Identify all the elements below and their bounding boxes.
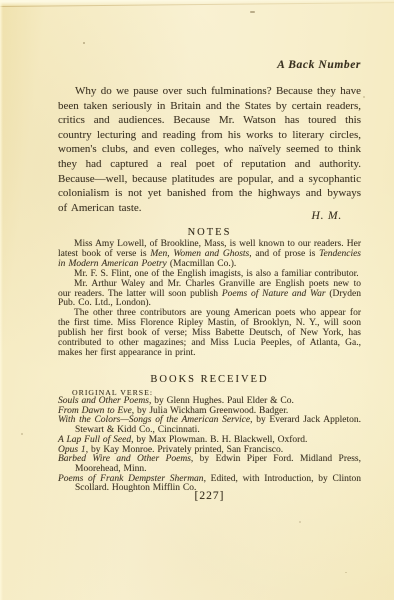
book-title-inline: Men, Women and Ghosts [150, 249, 249, 259]
scan-left-edge-highlight [0, 0, 3, 600]
book-entry: With the Colors—Songs of the American Se… [58, 416, 361, 435]
paper-speck [21, 433, 23, 435]
book-title: With the Colors—Songs of the American Se… [58, 415, 250, 425]
book-title: Barbed Wire and Other Poems [58, 454, 191, 464]
page-number: [227] [58, 490, 361, 502]
notes-section-heading: NOTES [58, 227, 361, 238]
editorial-signature: H. M. [311, 210, 342, 222]
book-entry: Barbed Wire and Other Poems, by Edwin Pi… [58, 455, 361, 474]
running-head-title: A Back Number [277, 59, 361, 71]
text-run: Mr. F. S. Flint, one of the English imag… [74, 269, 359, 279]
notes-paragraph: The other three contributors are young A… [58, 309, 361, 359]
editorial-paragraph-block: Why do we pause over such fulminations? … [58, 84, 361, 215]
book-entry-details: , by Max Plowman. B. H. Blackwell, Oxfor… [131, 435, 307, 445]
paper-speck [83, 42, 85, 44]
scanned-book-page: A Back Number Why do we pause over such … [0, 0, 394, 600]
book-title: A Lap Full of Seed [58, 435, 131, 445]
notes-paragraph: Miss Amy Lowell, of Brookline, Mass, is … [58, 240, 361, 270]
book-title: Souls and Other Poems [58, 396, 149, 406]
notes-paragraph: Mr. Arthur Waley and Mr. Charles Granvil… [58, 280, 361, 310]
books-received-heading: BOOKS RECEIVED [58, 374, 361, 385]
editorial-paragraph: Why do we pause over such fulminations? … [58, 84, 361, 215]
text-run: The other three contributors are young A… [58, 308, 361, 358]
paper-speck [299, 521, 301, 523]
text-run: (Macmillan Co.). [167, 259, 236, 269]
paper-speck [250, 11, 255, 13]
book-title-inline: Poems of Nature and War [222, 289, 326, 299]
book-entry-details: , by Glenn Hughes. Paul Elder & Co. [149, 396, 294, 406]
books-received-list: Souls and Other Poems, by Glenn Hughes. … [58, 397, 361, 494]
notes-section-body: Miss Amy Lowell, of Brookline, Mass, is … [58, 240, 361, 359]
text-run: , and of prose is [249, 249, 319, 259]
paper-speck [363, 96, 365, 98]
paper-speck [345, 572, 347, 573]
